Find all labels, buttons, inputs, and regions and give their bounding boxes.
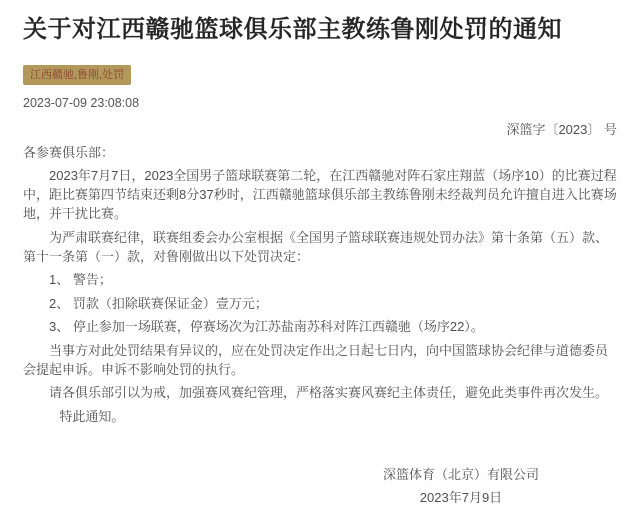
publish-timestamp: 2023-07-09 23:08:08 xyxy=(23,96,617,110)
signature-block: 深篮体育（北京）有限公司 2023年7月9日 xyxy=(383,465,539,508)
paragraph-closing: 特此通知。 xyxy=(23,407,617,426)
tag-row: 江西赣驰,鲁刚,处罚 xyxy=(23,65,617,85)
paragraph-warning: 请各俱乐部引以为戒，加强赛风赛纪管理，严格落实赛风赛纪主体责任，避免此类事件再次… xyxy=(23,383,617,402)
signature-date: 2023年7月9日 xyxy=(383,488,539,507)
penalty-item-2: 2、 罚款（扣除联赛保证金）壹万元； xyxy=(23,294,617,313)
signature-organization: 深篮体育（北京）有限公司 xyxy=(383,465,539,484)
keyword-tag-badge[interactable]: 江西赣驰,鲁刚,处罚 xyxy=(23,65,131,85)
paragraph-basis: 为严肃联赛纪律，联赛组委会办公室根据《全国男子篮球联赛违规处罚办法》第十条第（五… xyxy=(23,228,617,266)
salutation: 各参赛俱乐部： xyxy=(23,143,617,162)
penalty-item-1: 1、 警告； xyxy=(23,270,617,289)
penalty-item-3: 3、 停止参加一场联赛，停赛场次为江苏盐南苏科对阵江西赣驰（场序22）。 xyxy=(23,317,617,336)
paragraph-appeal: 当事方对此处罚结果有异议的，应在处罚决定作出之日起七日内，向中国篮球协会纪律与道… xyxy=(23,341,617,379)
notice-body: 各参赛俱乐部： 2023年7月7日，2023全国男子篮球联赛第二轮，在江西赣驰对… xyxy=(23,143,617,508)
document-number: 深篮字〔2023〕 号 xyxy=(23,119,617,138)
page-title: 关于对江西赣驰篮球俱乐部主教练鲁刚处罚的通知 xyxy=(23,14,617,46)
paragraph-incident: 2023年7月7日，2023全国男子篮球联赛第二轮，在江西赣驰对阵石家庄翔蓝（场… xyxy=(23,166,617,223)
notice-article-page: 关于对江西赣驰篮球俱乐部主教练鲁刚处罚的通知 江西赣驰,鲁刚,处罚 2023-0… xyxy=(0,0,640,526)
